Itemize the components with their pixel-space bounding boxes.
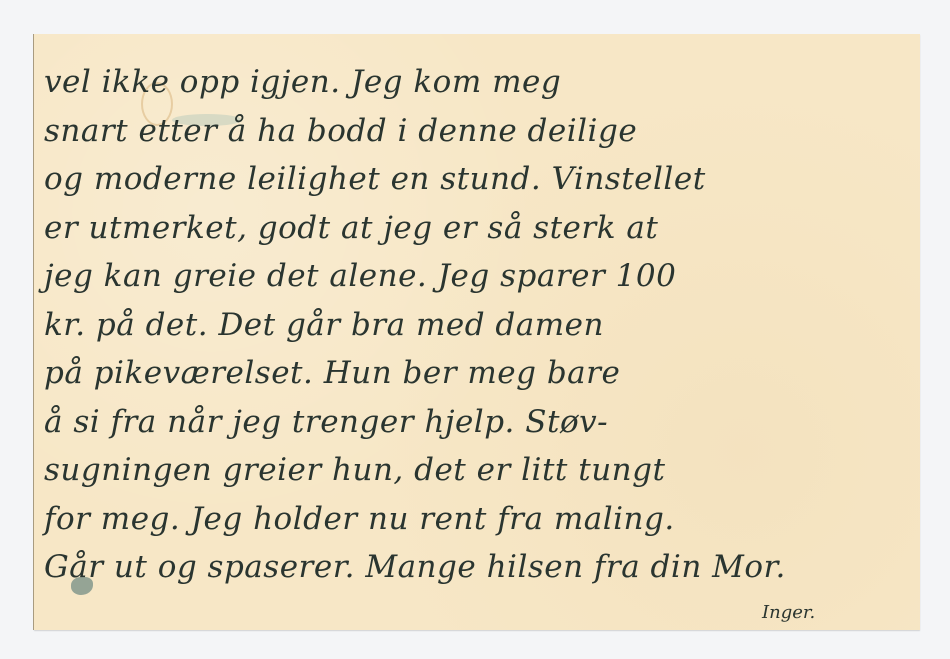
letter-line: sugningen greier hun, det er litt tungt — [44, 446, 914, 495]
letter-line: jeg kan greie det alene. Jeg sparer 100 — [44, 252, 914, 301]
letter-line: for meg. Jeg holder nu rent fra maling. — [44, 495, 914, 544]
letter-body: vel ikke opp igjen. Jeg kom meg snart et… — [44, 58, 914, 592]
letter-line: på pikeværelset. Hun ber meg bare — [44, 349, 914, 398]
signature: Inger. — [762, 602, 815, 623]
letter-line: Går ut og spaserer. Mange hilsen fra din… — [44, 543, 914, 592]
letter-line: er utmerket, godt at jeg er så sterk at — [44, 204, 914, 253]
letter-line: kr. på det. Det går bra med damen — [44, 301, 914, 350]
letter-line: snart etter å ha bodd i denne deilige — [44, 107, 914, 156]
letter-line: vel ikke opp igjen. Jeg kom meg — [44, 58, 914, 107]
letter-line: og moderne leilighet en stund. Vinstelle… — [44, 155, 914, 204]
letter-line: å si fra når jeg trenger hjelp. Støv- — [44, 398, 914, 447]
